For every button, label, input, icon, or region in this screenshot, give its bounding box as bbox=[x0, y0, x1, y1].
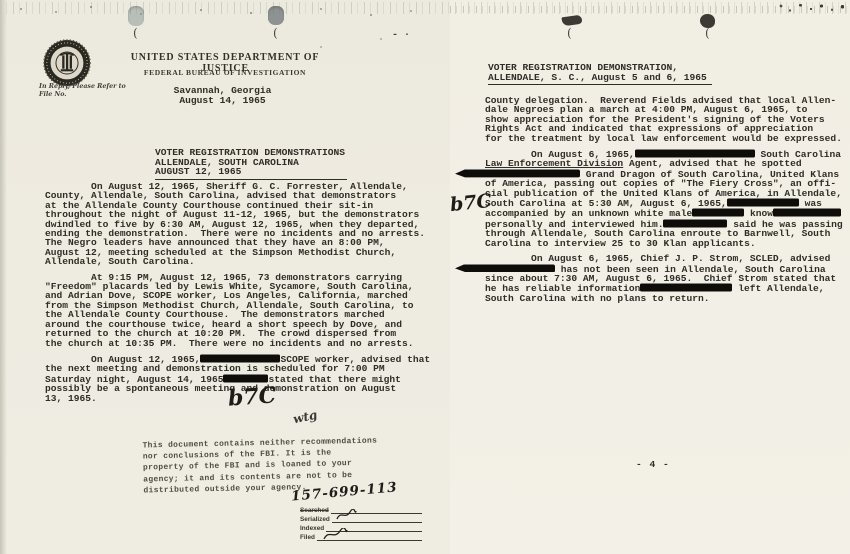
filing-stamp: Searched Serialized Indexed Filed bbox=[300, 505, 422, 541]
text-run: for the treatment by local law enforceme… bbox=[485, 133, 842, 144]
text-run: Law Enforcement Division bbox=[485, 158, 623, 169]
pen-curl-mark: ( bbox=[133, 26, 138, 40]
document-title-page4: VOTER REGISTRATION DEMONSTRATION, ALLEND… bbox=[488, 63, 712, 85]
reply-note-line2: File No. bbox=[39, 91, 126, 99]
handwritten-check-icon bbox=[335, 509, 357, 521]
title-line-3: AUGUST 12, 1965 bbox=[155, 167, 347, 177]
stamp-label: Searched bbox=[300, 507, 329, 514]
stray-dash-mark: - · bbox=[392, 30, 410, 41]
page-number: - 4 - bbox=[636, 459, 670, 470]
text-run: 13, 1965. bbox=[45, 393, 97, 404]
text-run: Allendale, South Carolina. bbox=[45, 256, 195, 267]
text-run: the church at 10:35 PM. There were no in… bbox=[45, 338, 413, 349]
pen-curl-mark: ( bbox=[273, 26, 278, 40]
scan-noise-corner bbox=[775, 0, 850, 15]
redaction-bar bbox=[640, 284, 732, 292]
bureau-subtitle: FEDERAL BUREAU OF INVESTIGATION bbox=[110, 68, 340, 77]
paragraph: County delegation. Reverend Fields advis… bbox=[485, 96, 850, 143]
redaction-bar bbox=[692, 209, 744, 217]
text-run: Carolina to interview 25 to 30 Klan appl… bbox=[485, 238, 756, 249]
text-run: possibly be a spontaneous meeting and de… bbox=[45, 383, 396, 394]
text-line: accompanied by an unknown white male kno… bbox=[485, 208, 850, 218]
stamp-row-searched: Searched bbox=[300, 505, 422, 514]
text-line: cial publication of the United Klans of … bbox=[485, 189, 850, 198]
paragraph: On August 6, 1965, Chief J. P. Strom, SC… bbox=[485, 254, 850, 303]
stamp-row-serialized: Serialized bbox=[300, 514, 422, 523]
document-page-1: In Reply, Please Refer to File No. UNITE… bbox=[0, 0, 450, 554]
paragraph: On August 6, 1965, South CarolinaLaw Enf… bbox=[485, 149, 850, 248]
redaction-bar bbox=[223, 374, 268, 382]
text-run: was bbox=[799, 198, 822, 209]
text-run: South Carolina at 5:30 AM, August 6, 196… bbox=[485, 198, 727, 209]
handwritten-b7c-annotation: b7C bbox=[449, 190, 493, 216]
page-edge-shadow bbox=[0, 0, 7, 554]
stamp-label: Serialized bbox=[300, 516, 330, 523]
text-run: since about 7:30 AM, August 6, 1965. Chi… bbox=[485, 273, 836, 284]
redaction-bar bbox=[663, 219, 727, 227]
reply-note-line1: In Reply, Please Refer to bbox=[39, 83, 126, 91]
text-line: Carolina to interview 25 to 30 Klan appl… bbox=[485, 239, 850, 248]
redaction-bar bbox=[455, 264, 555, 272]
text-run: accompanied by an unknown white male bbox=[485, 208, 692, 219]
reply-note: In Reply, Please Refer to File No. bbox=[39, 83, 126, 99]
text-line: Allendale, South Carolina. bbox=[45, 257, 437, 266]
stamp-label: Filed bbox=[300, 534, 315, 541]
text-run: the next meeting and demonstration is sc… bbox=[45, 363, 385, 374]
handwritten-initials: wtg bbox=[292, 408, 319, 427]
redaction-bar bbox=[455, 169, 580, 177]
text-line: since about 7:30 AM, August 6, 1965. Chi… bbox=[485, 274, 850, 283]
page1-body-text: On August 12, 1965, Sheriff G. C. Forres… bbox=[45, 182, 437, 409]
stamp-row-filed: Filed bbox=[300, 532, 422, 541]
stamp-blank-line bbox=[332, 522, 422, 523]
dateline-date: August 14, 1965 bbox=[150, 96, 295, 106]
text-run: On August 6, 1965, Chief J. P. Strom, SC… bbox=[485, 253, 830, 264]
page4-body-text: County delegation. Reverend Fields advis… bbox=[485, 96, 850, 309]
text-run: know bbox=[744, 208, 773, 219]
text-run: left Allendale, bbox=[732, 283, 824, 294]
redaction-bar bbox=[200, 354, 280, 362]
stamp-row-indexed: Indexed bbox=[300, 523, 422, 532]
text-run: South Carolina with no plans to return. bbox=[485, 293, 710, 304]
document-title: VOTER REGISTRATION DEMONSTRATIONS ALLEND… bbox=[155, 148, 347, 180]
scanned-fbi-document: In Reply, Please Refer to File No. UNITE… bbox=[0, 0, 850, 554]
paragraph: At 9:15 PM, August 12, 1965, 73 demonstr… bbox=[45, 273, 437, 348]
text-line: the church at 10:35 PM. There were no in… bbox=[45, 339, 437, 348]
pen-curl-mark: ( bbox=[705, 26, 710, 40]
redaction-bar bbox=[727, 199, 799, 207]
redaction-bar bbox=[773, 209, 841, 217]
text-line: the next meeting and demonstration is sc… bbox=[45, 364, 437, 373]
paragraph: On August 12, 1965, Sheriff G. C. Forres… bbox=[45, 182, 437, 267]
title-line-2: ALLENDALE, S. C., August 5 and 6, 1965 bbox=[488, 73, 712, 83]
text-line: Law Enforcement Division Agent, advised … bbox=[485, 159, 850, 168]
text-line: for the treatment by local law enforceme… bbox=[485, 134, 850, 143]
pen-curl-mark: ( bbox=[567, 26, 572, 40]
text-line: South Carolina with no plans to return. bbox=[485, 294, 850, 303]
handwritten-b7c-annotation: b7C bbox=[227, 382, 277, 411]
stamp-label: Indexed bbox=[300, 525, 324, 532]
dateline: Savannah, Georgia August 14, 1965 bbox=[150, 86, 295, 105]
fbi-seal-icon bbox=[43, 39, 91, 87]
redaction-bar bbox=[635, 150, 755, 158]
text-line: South Carolina at 5:30 AM, August 6, 196… bbox=[485, 198, 850, 208]
text-run: Agent, advised that he spotted bbox=[623, 158, 801, 169]
text-run: cial publication of the United Klans of … bbox=[485, 188, 842, 199]
text-line: On August 6, 1965, Chief J. P. Strom, SC… bbox=[485, 254, 850, 263]
handwritten-check-icon bbox=[322, 528, 348, 541]
